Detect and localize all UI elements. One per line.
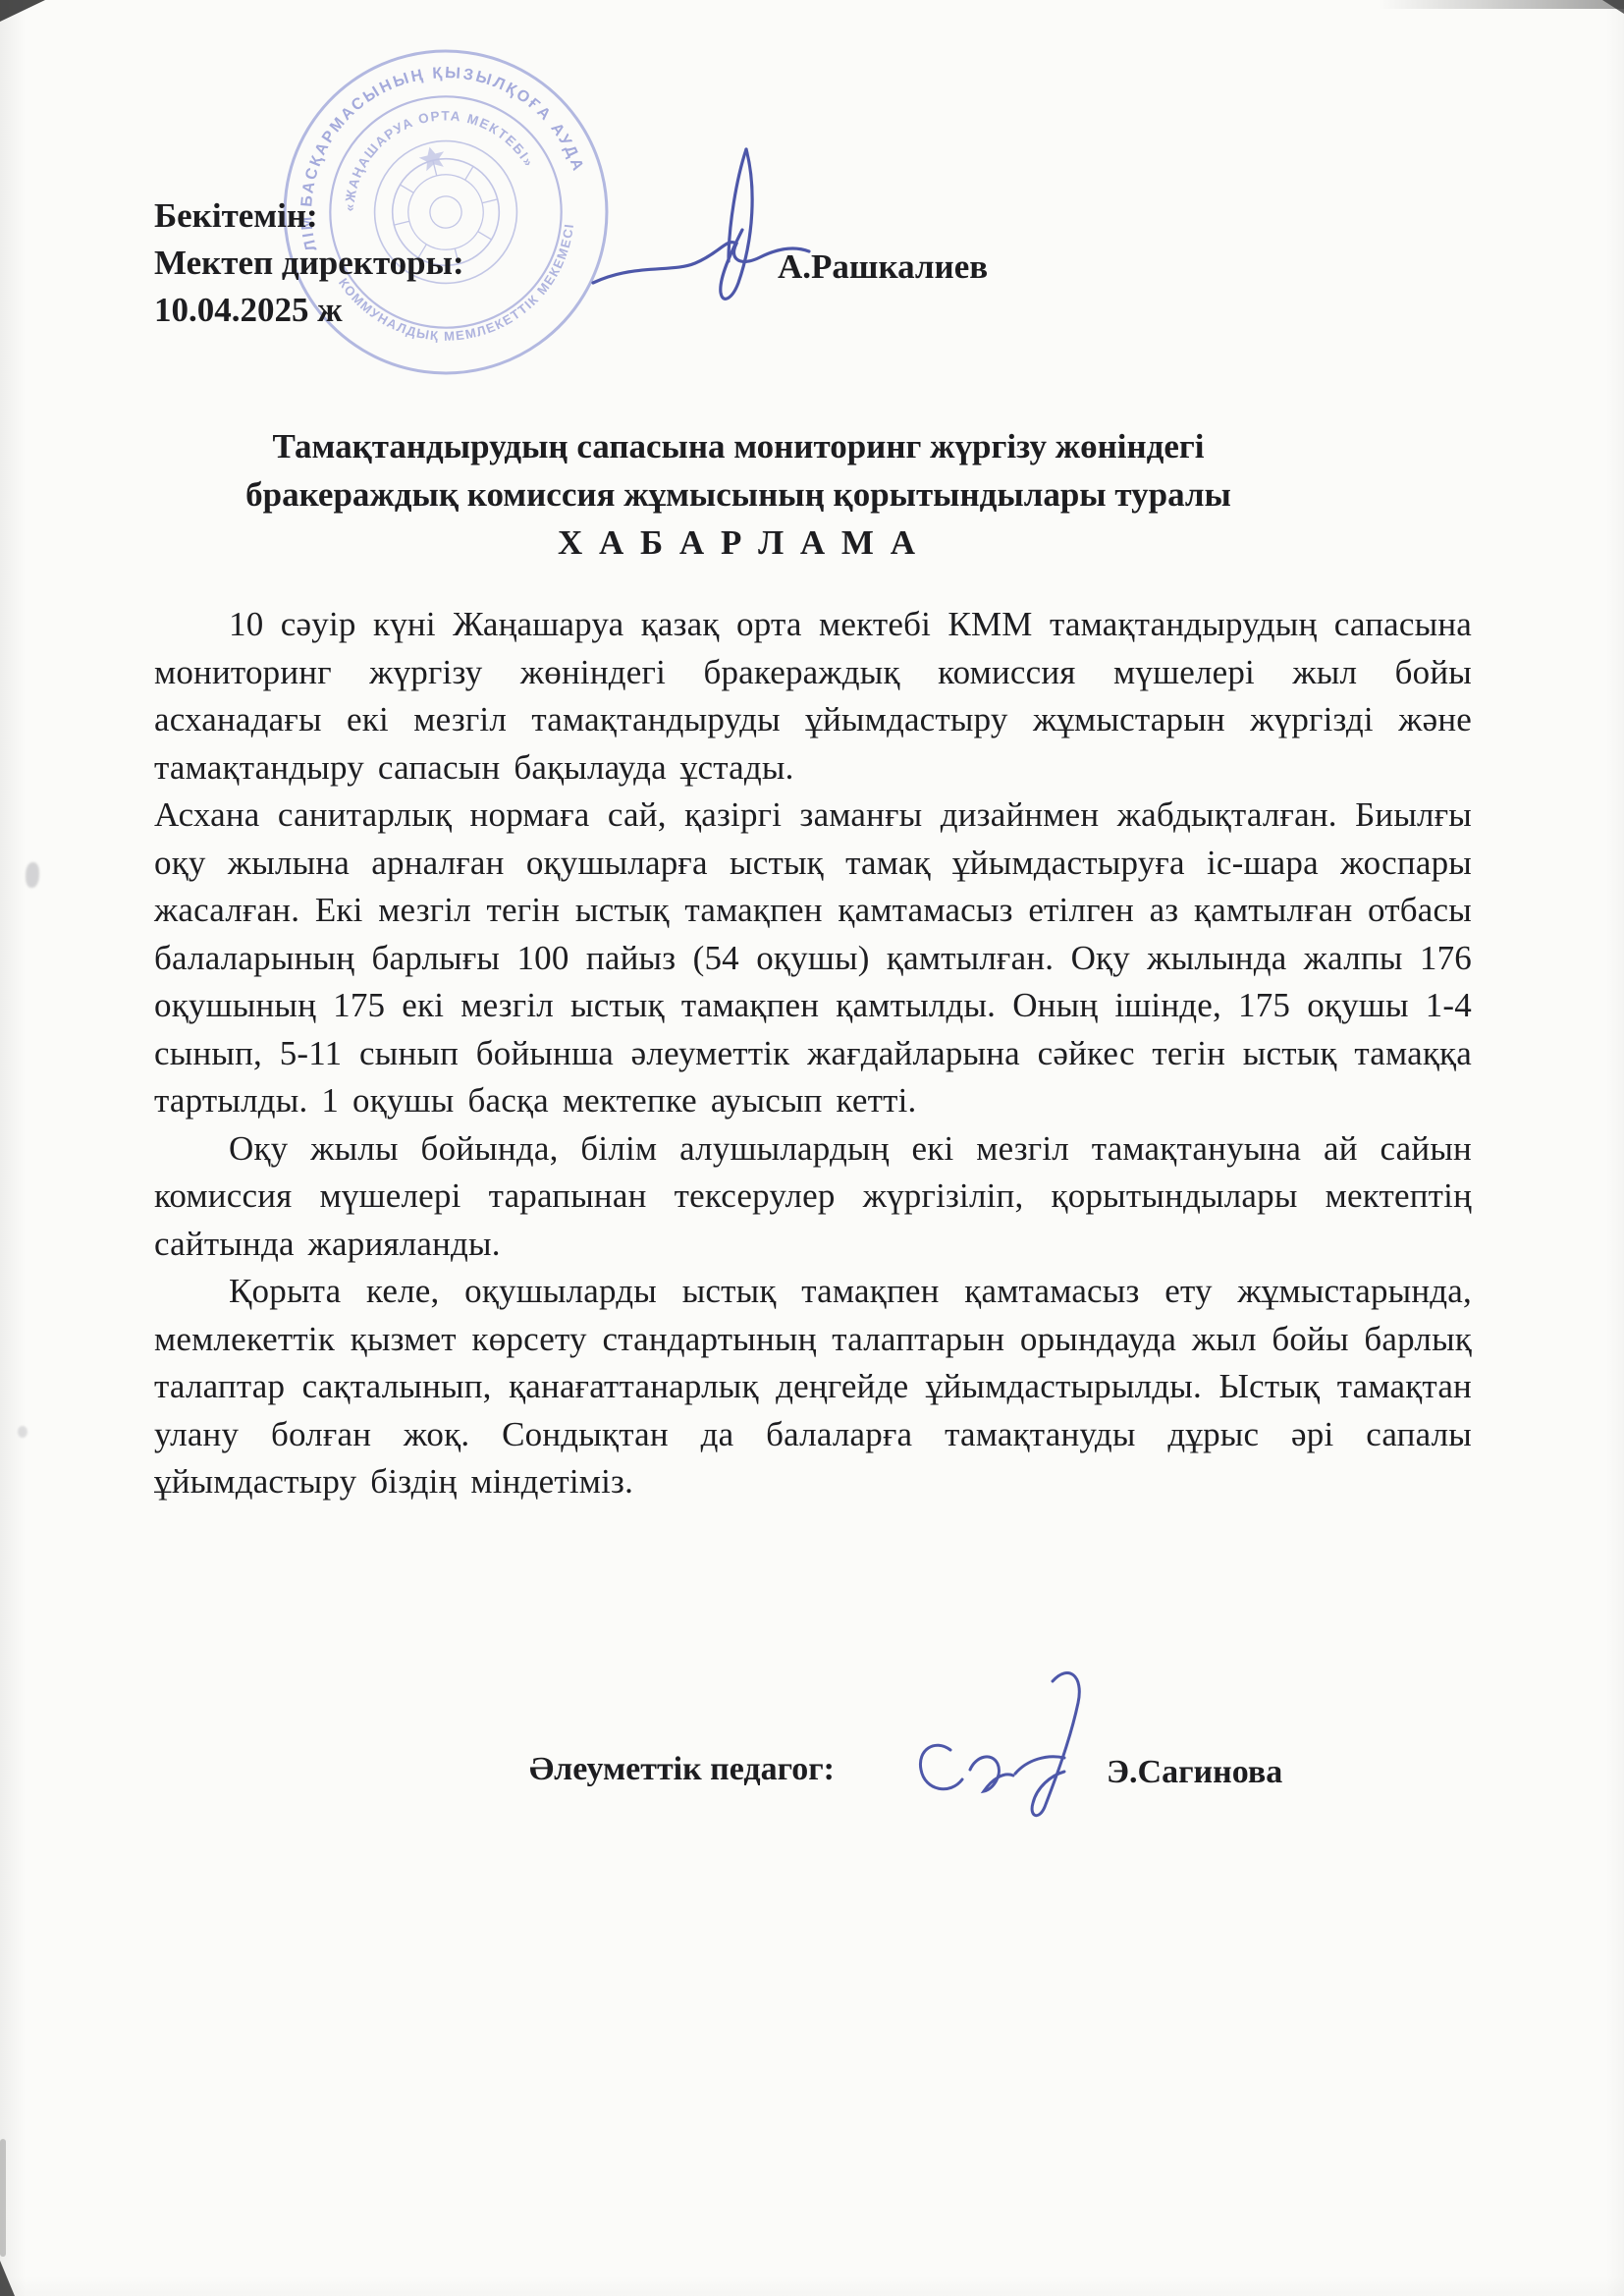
body-paragraph: Оқу жылы бойында, білім алушылардың екі … [154,1125,1472,1269]
scan-artifact-speck [18,1426,27,1438]
scanned-document-page: БІЛІМ БАСҚАРМАСЫНЫҢ ҚЫЗЫЛҚОҒА АУДАНЫ КОМ… [0,0,1624,2296]
approval-date: 10.04.2025 ж [154,287,464,334]
approve-label: Бекітемін: [154,192,464,240]
body-paragraph: Асхана санитарлық нормаға сай, қазіргі з… [154,792,1472,1125]
pedagog-signature [905,1656,1116,1828]
scan-artifact-corner-top-left [0,0,45,22]
approval-block: Бекітемін: Мектеп директоры: 10.04.2025 … [154,192,464,334]
title-line-2: бракераждық комиссия жұмысының қорытынды… [154,470,1323,519]
director-signature [581,136,827,332]
scan-artifact-top-right-bar [1379,0,1624,9]
title-line-3: Х А Б А Р Л А М А [154,519,1323,567]
document-body: 10 сәуір күні Жаңашаруа қазақ орта мекте… [154,601,1472,1506]
body-paragraph: Қорыта келе, оқушыларды ыстық тамақпен қ… [154,1268,1472,1506]
scan-artifact-corner-bottom-left [0,2261,15,2296]
director-name: А.Рашкалиев [778,247,988,287]
scan-artifact-speck [26,862,39,888]
body-paragraph: 10 сәуір күні Жаңашаруа қазақ орта мекте… [154,601,1472,792]
pedagog-role-label: Әлеуметтік педагог: [529,1751,835,1788]
title-line-1: Тамақтандырудың сапасына мониторинг жүрг… [154,422,1323,470]
pedagog-name: Э.Сагинова [1107,1754,1282,1791]
director-label: Мектеп директоры: [154,240,464,287]
scan-artifact-left-edge [0,2139,6,2257]
document-title: Тамақтандырудың сапасына мониторинг жүрг… [154,422,1323,567]
